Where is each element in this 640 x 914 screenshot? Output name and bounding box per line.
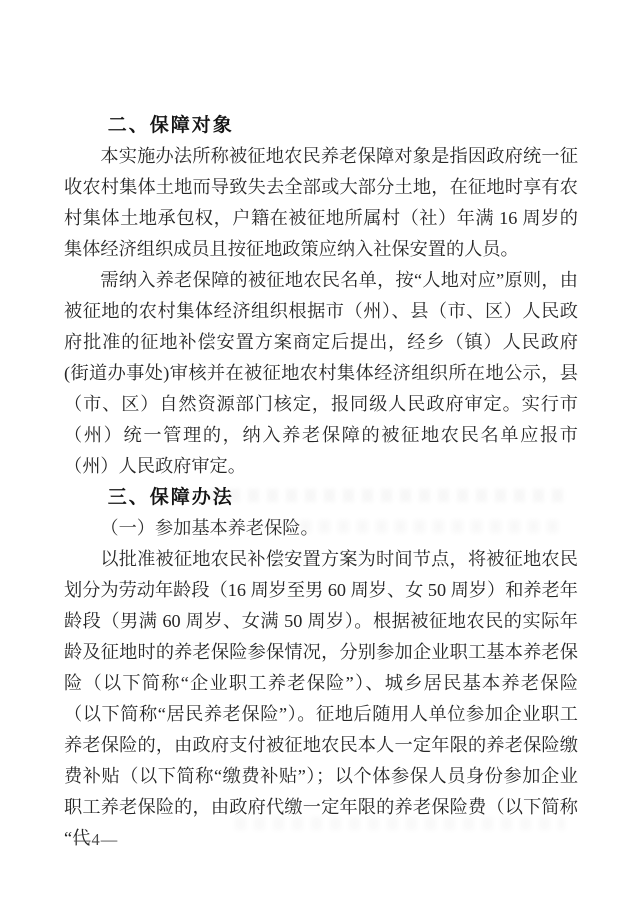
body-paragraph: 本实施办法所称被征地农民养老保障对象是指因政府统一征收农村集体土地而导致失去全部… [64, 141, 578, 265]
sub-heading-basic-pension: （一）参加基本养老保险。 [64, 513, 578, 544]
document-content: 二、保障对象 本实施办法所称被征地农民养老保障对象是指因政府统一征收农村集体土地… [64, 110, 578, 854]
body-paragraph: 需纳入养老保障的被征地农民名单，按“人地对应”原则，由被征地的农村集体经济组织根… [64, 265, 578, 482]
section-heading-protection-targets: 二、保障对象 [64, 110, 578, 141]
page-number: —4— [74, 830, 118, 850]
body-paragraph: 以批准被征地农民补偿安置方案为时间节点，将被征地农民划分为劳动年龄段（16 周岁… [64, 544, 578, 854]
section-heading-protection-measures: 三、保障办法 [64, 482, 578, 513]
document-page: 二、保障对象 本实施办法所称被征地农民养老保障对象是指因政府统一征收农村集体土地… [0, 0, 640, 914]
